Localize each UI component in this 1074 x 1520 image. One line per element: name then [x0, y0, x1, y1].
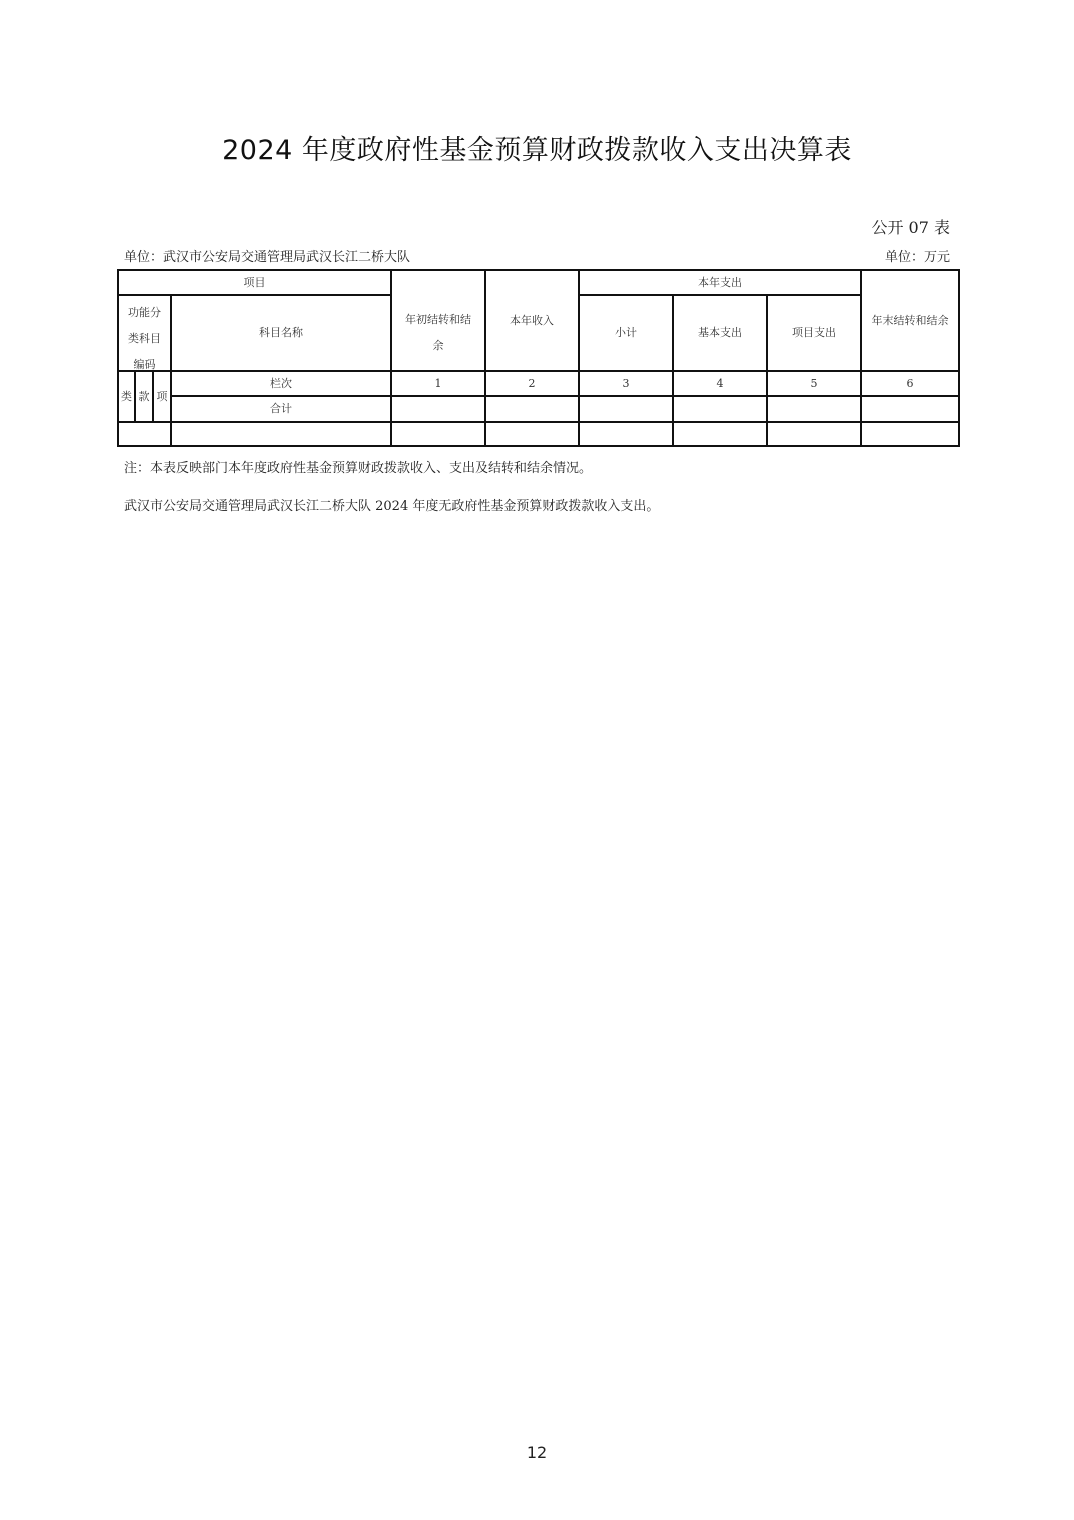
- header-code-line1: 功能分: [128, 300, 161, 326]
- budget-table: 项目 功能分 类科目 编码 科目名称 年初结转和结 余 本年收入 本年支出 小计…: [117, 269, 958, 446]
- note-statement: 武汉市公安局交通管理局武汉长江二桥大队 2024 年度无政府性基金预算财政拨款收…: [124, 495, 659, 514]
- column-index-3: 3: [580, 372, 672, 395]
- total-row-label: 合计: [172, 397, 390, 421]
- table-number: 公开 07 表: [871, 215, 950, 238]
- total-value-2: [486, 397, 578, 421]
- column-index-5: 5: [768, 372, 860, 395]
- unit-currency: 单位：万元: [885, 246, 950, 265]
- header-closing-balance: 年末结转和结余: [862, 271, 958, 370]
- table-row-code: [119, 423, 170, 445]
- table-border-right: [958, 269, 960, 447]
- total-value-3: [580, 397, 672, 421]
- header-current-income: 本年收入: [486, 271, 578, 370]
- unit-organization: 单位：武汉市公安局交通管理局武汉长江二桥大队: [124, 246, 410, 265]
- header-kuan: 款: [136, 372, 152, 421]
- note-description: 注：本表反映部门本年度政府性基金预算财政拨款收入、支出及结转和结余情况。: [124, 457, 592, 476]
- total-value-5: [768, 397, 860, 421]
- page-number: 12: [0, 1443, 1074, 1462]
- total-value-6: [862, 397, 958, 421]
- header-project: 项目: [119, 271, 390, 294]
- column-index-label: 栏次: [172, 372, 390, 395]
- header-opening-balance-line2: 余: [433, 333, 444, 359]
- column-index-4: 4: [674, 372, 766, 395]
- header-project-expense: 项目支出: [768, 296, 860, 370]
- header-subtotal: 小计: [580, 296, 672, 370]
- column-index-6: 6: [862, 372, 958, 395]
- table-row-name: [172, 423, 390, 445]
- header-code-line2: 类科目: [128, 326, 161, 352]
- column-index-2: 2: [486, 372, 578, 395]
- column-index-1: 1: [392, 372, 484, 395]
- header-basic-expense: 基本支出: [674, 296, 766, 370]
- header-subject-name: 科目名称: [172, 296, 390, 370]
- total-value-1: [392, 397, 484, 421]
- header-opening-balance-line1: 年初结转和结: [405, 307, 471, 333]
- header-code-group: 功能分 类科目 编码: [119, 296, 170, 376]
- header-xiang: 项: [154, 372, 170, 421]
- header-lei: 类: [119, 372, 134, 421]
- document-title: 2024 年度政府性基金预算财政拨款收入支出决算表: [0, 128, 1074, 167]
- header-current-expense: 本年支出: [580, 271, 860, 294]
- total-value-4: [674, 397, 766, 421]
- table-border-bottom: [117, 445, 960, 447]
- header-opening-balance: 年初结转和结 余: [392, 271, 484, 370]
